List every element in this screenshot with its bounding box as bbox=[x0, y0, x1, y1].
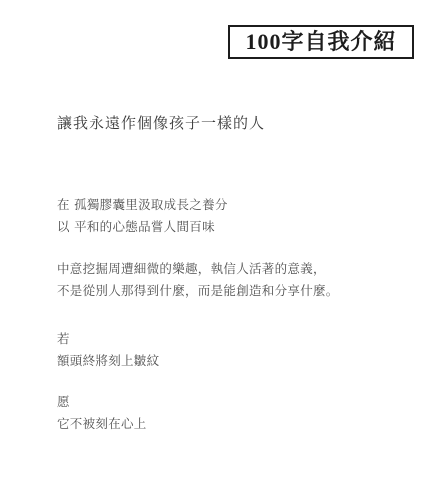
paragraph-line: 中意挖掘周遭細微的樂趣，執信人活著的意義， bbox=[57, 258, 339, 280]
paragraph-wish: 愿 它不被刻在心上 bbox=[57, 391, 147, 435]
paragraph-line: 在 孤獨膠囊里汲取成長之養分 bbox=[57, 194, 228, 216]
paragraph-line: 以 平和的心態品嘗人間百味 bbox=[57, 216, 228, 238]
title-badge-box: 100字自我介紹 bbox=[228, 25, 414, 59]
paragraph-growth: 在 孤獨膠囊里汲取成長之養分 以 平和的心態品嘗人間百味 bbox=[57, 194, 228, 238]
paragraph-line: 愿 bbox=[57, 391, 147, 413]
paragraph-wrinkles: 若 額頭終將刻上皺紋 bbox=[57, 328, 159, 372]
paragraph-line: 不是從別人那得到什麼，而是能創造和分享什麼。 bbox=[57, 280, 339, 302]
page-title: 讓我永遠作個像孩子一樣的人 bbox=[57, 112, 265, 134]
paragraph-line: 若 bbox=[57, 328, 159, 350]
paragraph-line: 它不被刻在心上 bbox=[57, 413, 147, 435]
document-page: 100字自我介紹 讓我永遠作個像孩子一樣的人 在 孤獨膠囊里汲取成長之養分 以 … bbox=[0, 0, 437, 490]
title-badge-text: 100字自我介紹 bbox=[245, 31, 396, 53]
paragraph-meaning: 中意挖掘周遭細微的樂趣，執信人活著的意義， 不是從別人那得到什麼，而是能創造和分… bbox=[57, 258, 339, 302]
paragraph-line: 額頭終將刻上皺紋 bbox=[57, 350, 159, 372]
